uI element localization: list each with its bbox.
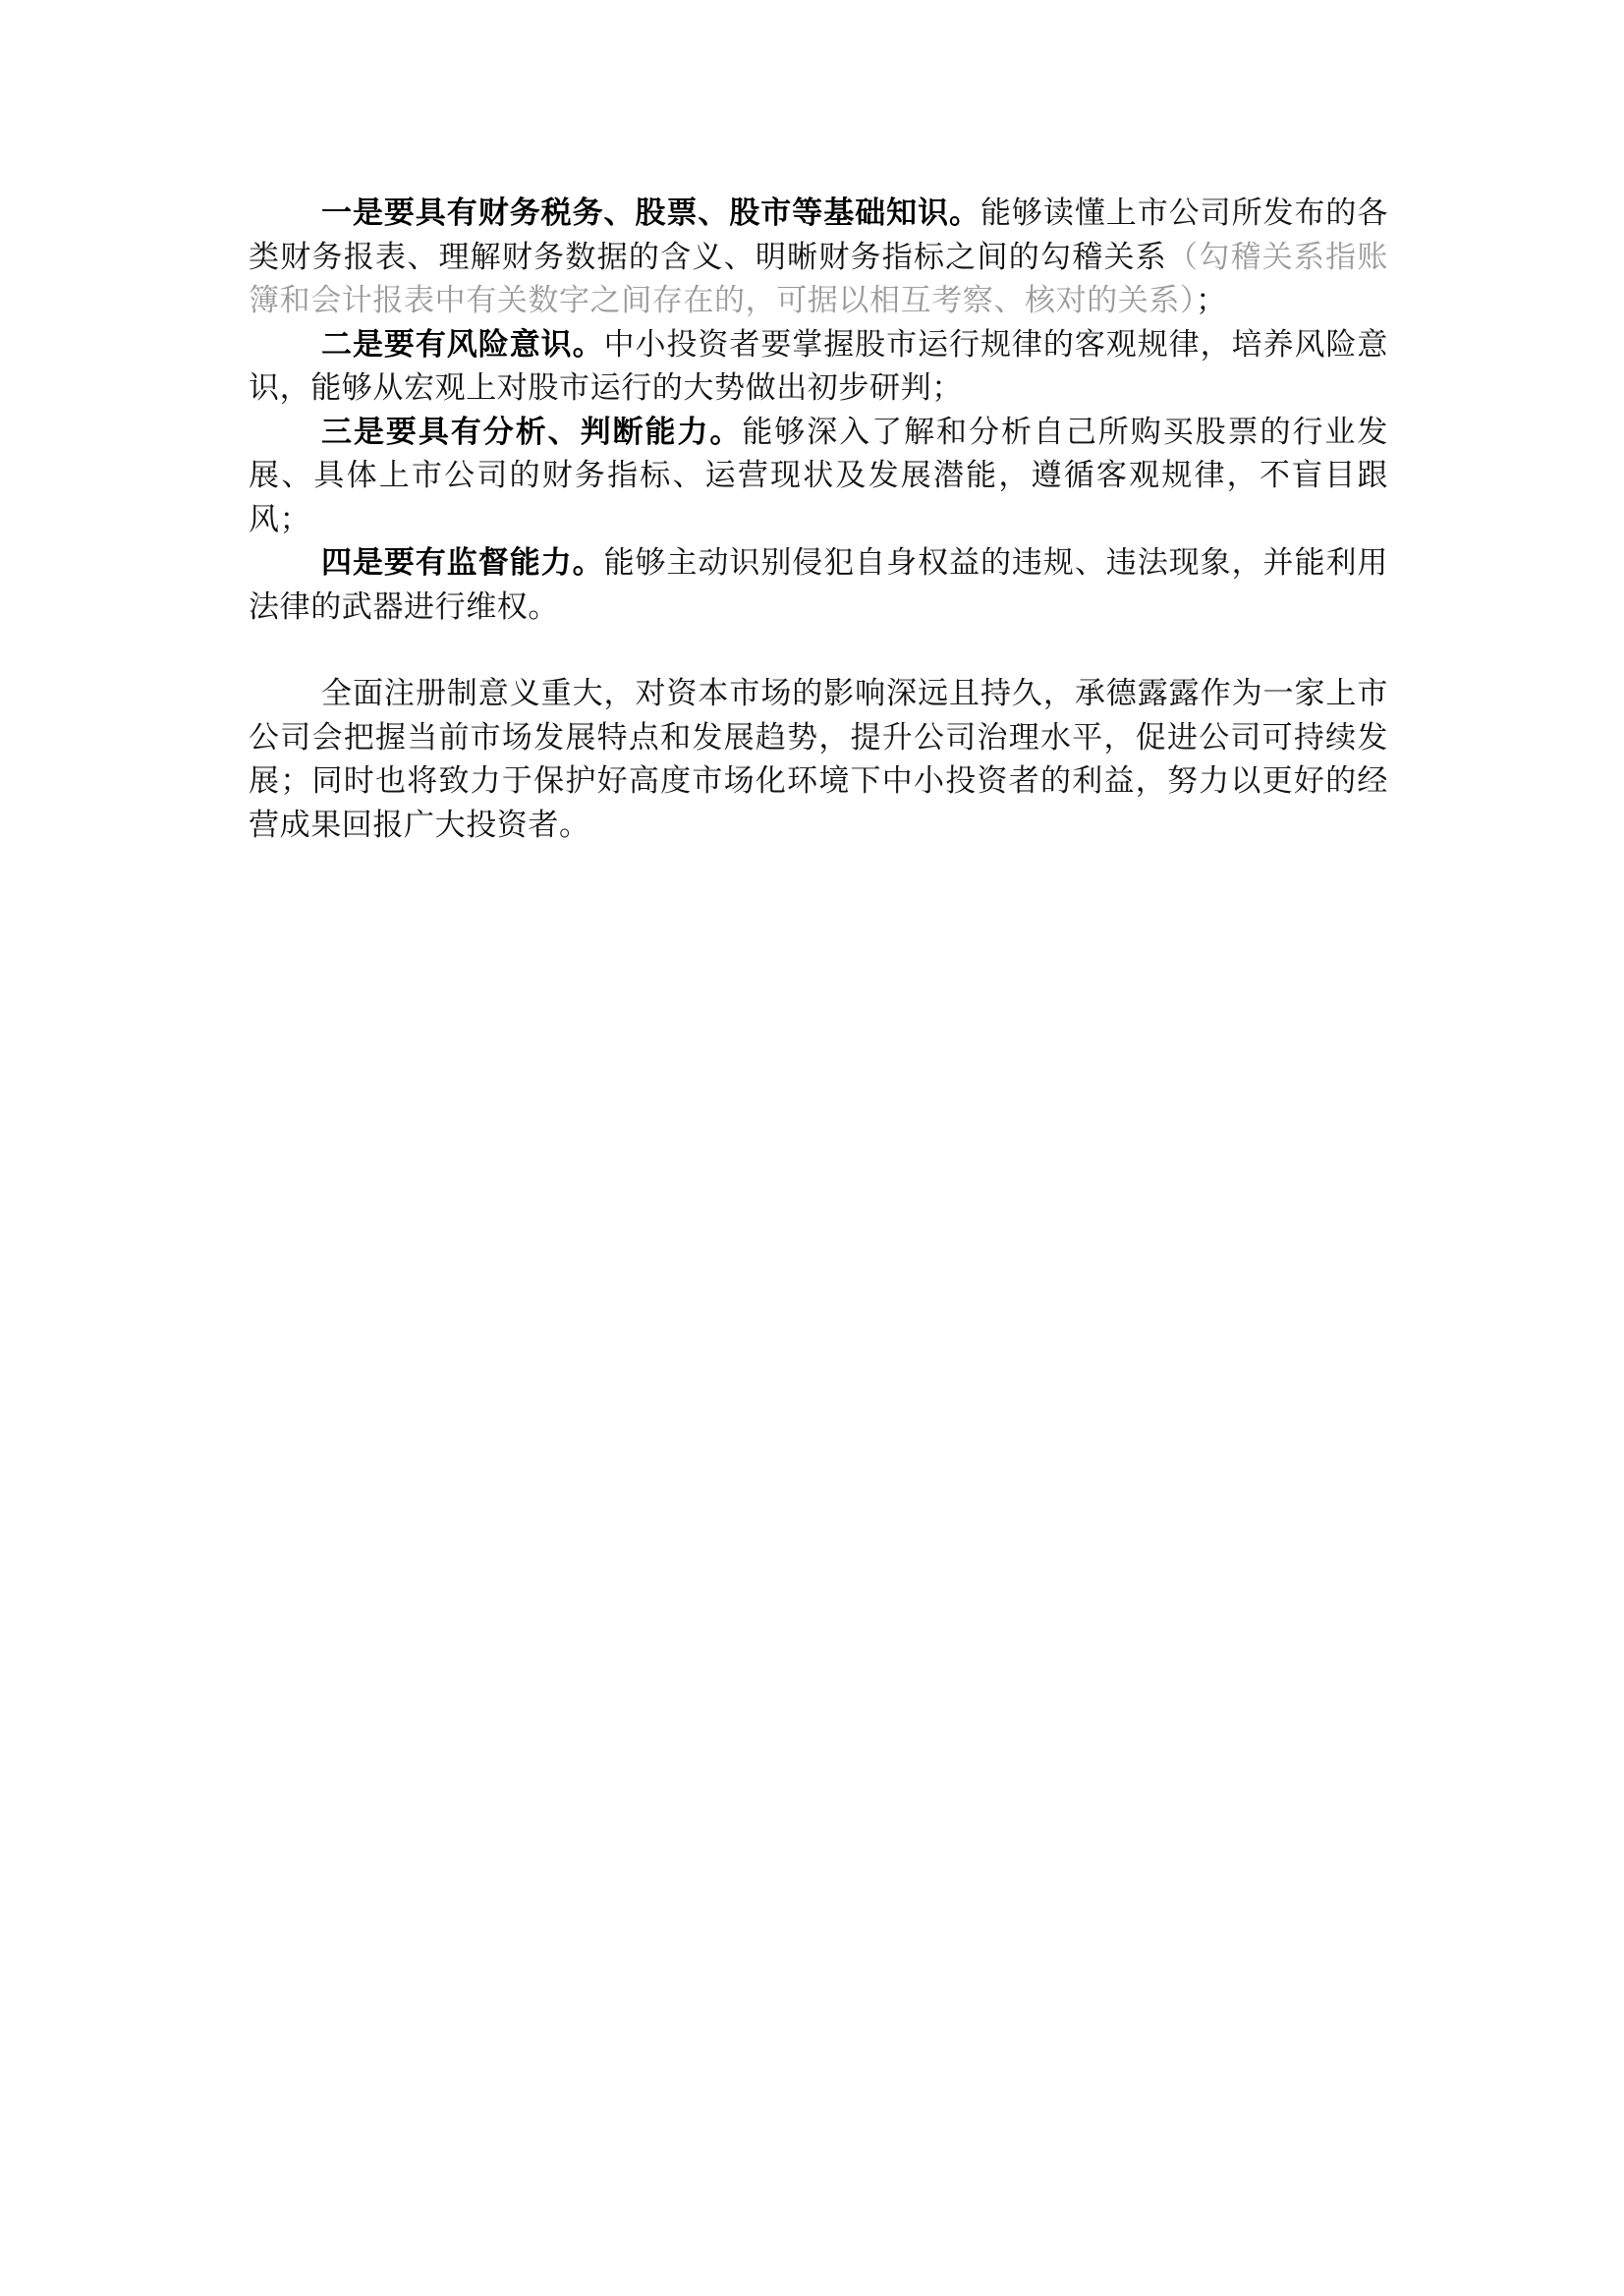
requirement-lead: 一是要具有财务税务、股票、股市等基础知识。: [321, 196, 980, 231]
conclusion-paragraph: 全面注册制意义重大，对资本市场的影响深远且持久，承德露露作为一家上市公司会把握当…: [249, 672, 1388, 847]
requirement-paragraph-2: 二是要有风险意识。中小投资者要掌握股市运行规律的客观规律，培养风险意识，能够从宏…: [249, 323, 1388, 411]
requirement-lead: 二是要有风险意识。: [321, 327, 604, 363]
paragraph-spacer: [249, 629, 1388, 672]
requirement-paragraph-1: 一是要具有财务税务、股票、股市等基础知识。能够读懂上市公司所发布的各类财务报表、…: [249, 192, 1388, 323]
requirement-tail: ；: [1196, 283, 1227, 318]
requirement-lead: 四是要有监督能力。: [321, 545, 604, 581]
requirement-paragraph-3: 三是要具有分析、判断能力。能够深入了解和分析自己所购买股票的行业发展、具体上市公…: [249, 411, 1388, 542]
requirement-lead: 三是要具有分析、判断能力。: [321, 415, 742, 450]
document-page: 一是要具有财务税务、股票、股市等基础知识。能够读懂上市公司所发布的各类财务报表、…: [249, 192, 1388, 847]
requirement-paragraph-4: 四是要有监督能力。能够主动识别侵犯自身权益的违规、违法现象，并能利用法律的武器进…: [249, 541, 1388, 629]
